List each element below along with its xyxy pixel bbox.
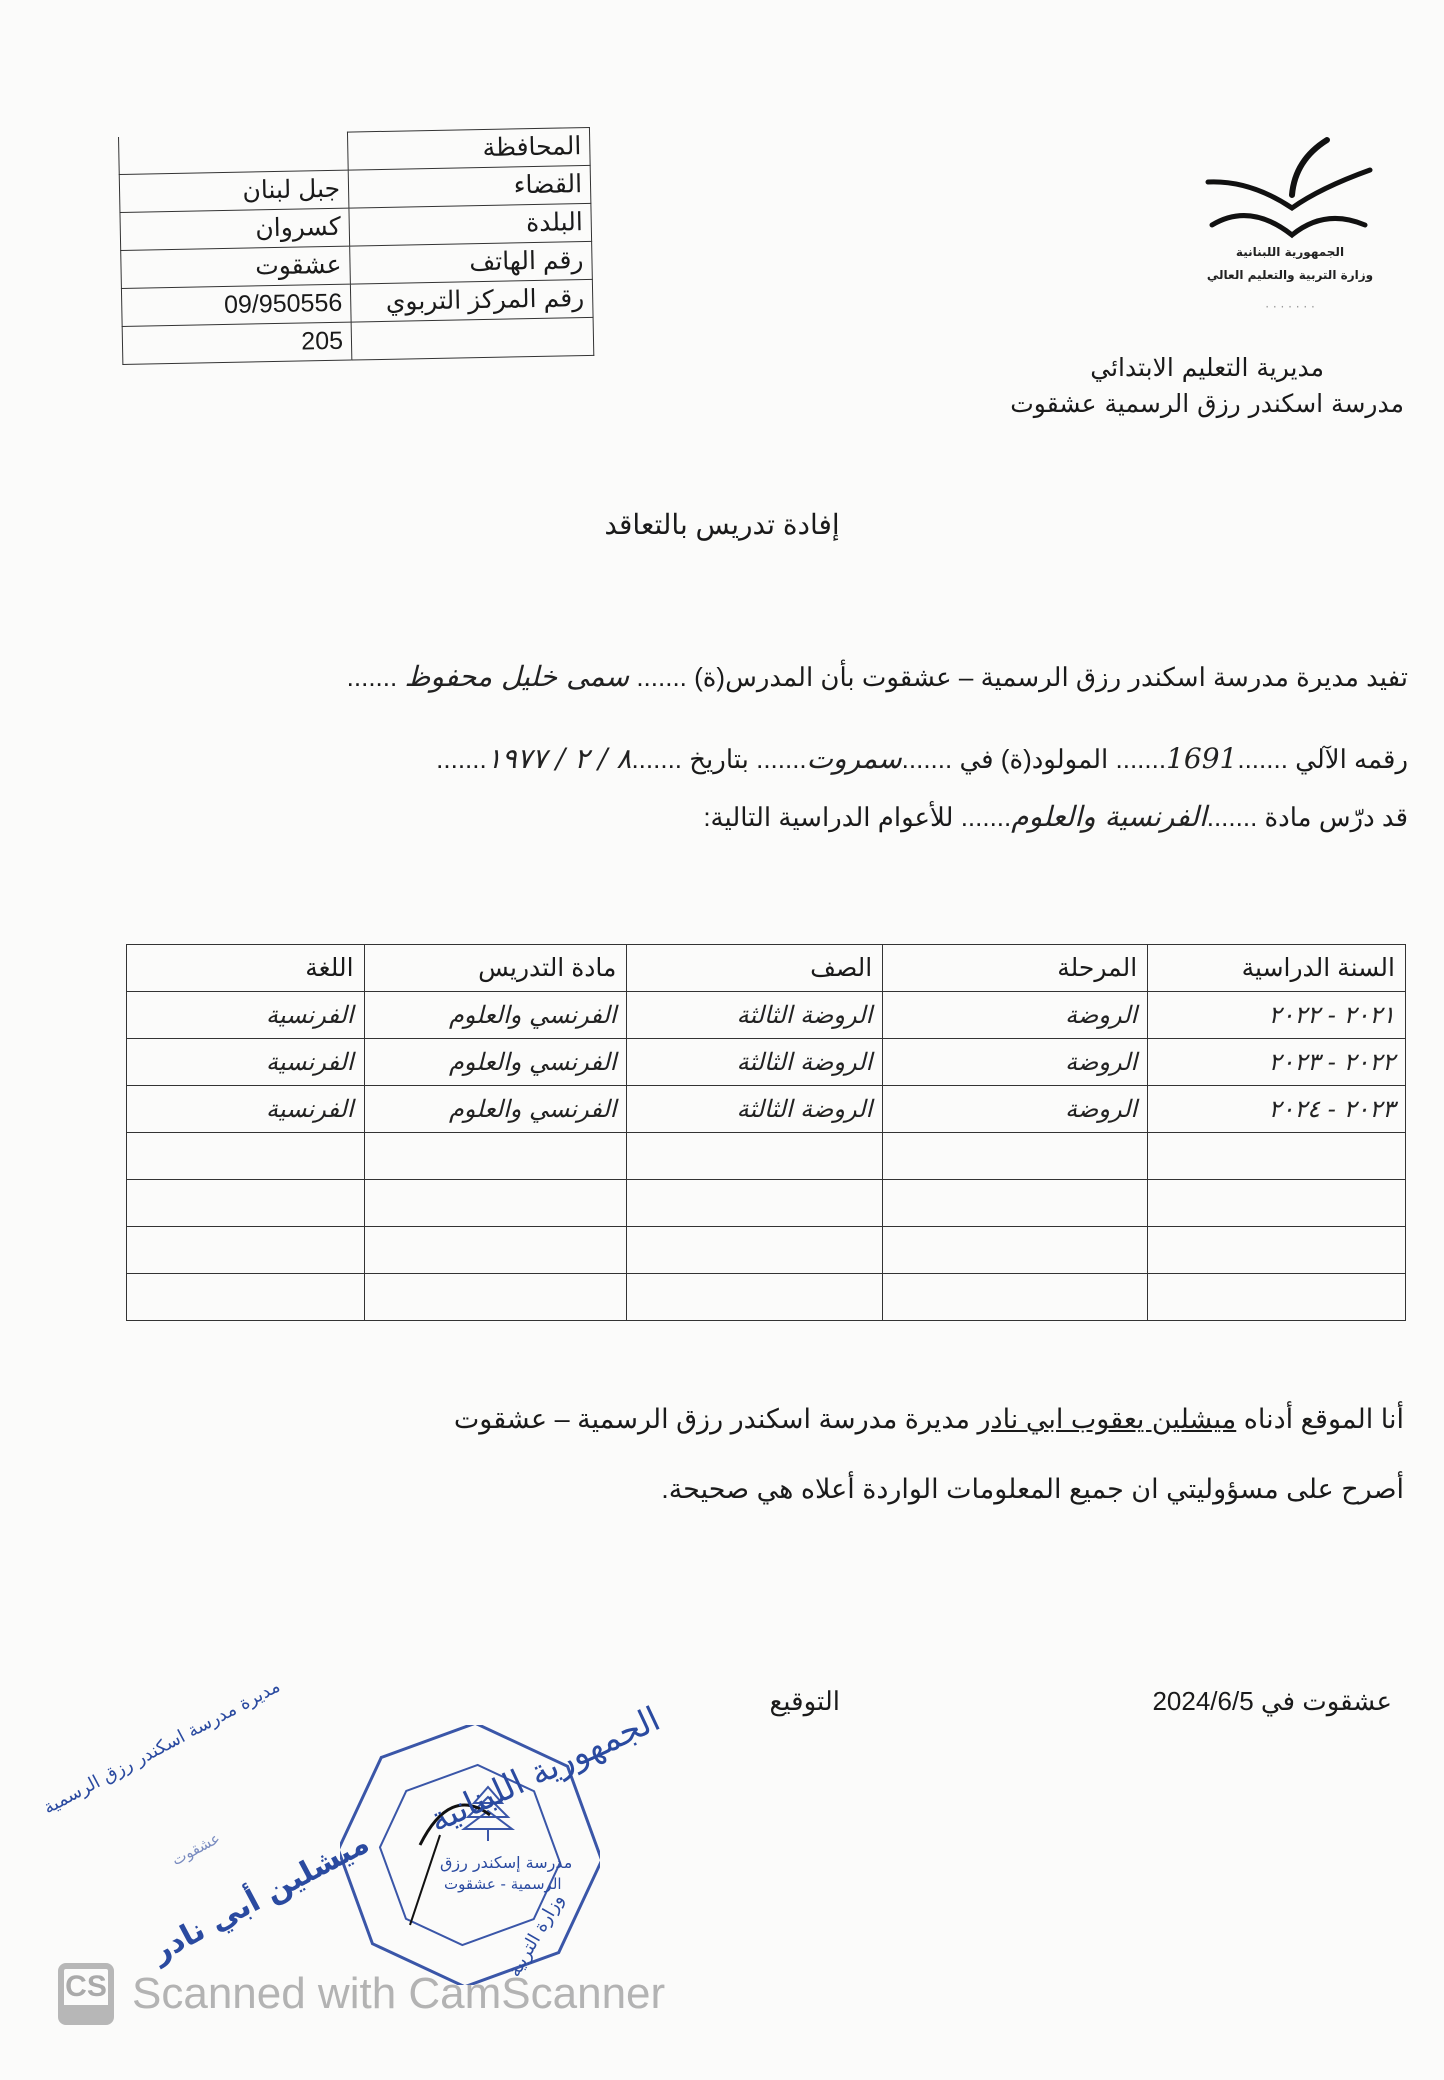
signature-label: التوقيع [769,1686,840,1717]
header-school-year: السنة الدراسية [1148,945,1406,992]
cell-stage: الروضة [883,1086,1148,1133]
declaration-line-2: أصرح على مسؤوليتي ان جميع المعلومات الوا… [661,1474,1404,1505]
issuer-header: مديرية التعليم الابتدائي مدرسة اسكندر رز… [1010,350,1404,422]
cell-empty [1148,1180,1406,1227]
official-stamp: الجمهورية اللبنانية مدرسة إسكندر رزق الر… [340,1725,600,1985]
info-value: 205 [122,322,352,364]
info-value: كسروان [120,208,350,250]
principal-name: ميشلين يعقوب ابي نادر [978,1404,1237,1434]
cell-language: الفرنسية [127,1039,365,1086]
table-header-row: السنة الدراسية المرحلة الصف مادة التدريس… [127,945,1406,992]
cell-empty [127,1227,365,1274]
body-line-2: رقمه الآلي .......1691....... المولود(ة)… [436,742,1408,775]
cell-subject: الفرنسي والعلوم [364,992,627,1039]
table-row: ٢٠٢١ - ٢٠٢٢ الروضة الروضة الثالثة الفرنس… [127,992,1406,1039]
dots: ....... [1237,744,1288,774]
header-stage: المرحلة [883,945,1148,992]
cell-empty [883,1274,1148,1321]
stamp-school-2: الرسمية - عشقوت [444,1875,562,1893]
declaration-line-1: أنا الموقع أدناه ميشلين يعقوب ابي نادر م… [454,1404,1404,1435]
republic-name: الجمهورية اللبنانية [1180,245,1400,259]
subject-label: قد درّس مادة [1265,802,1408,832]
document-title: إفادة تدريس بالتعاقد [0,508,1444,541]
cell-empty [883,1227,1148,1274]
table-row-empty [127,1227,1406,1274]
info-value: عشقوت [121,246,351,288]
table-row-empty [127,1274,1406,1321]
declaration-prefix: أنا الموقع أدناه [1244,1404,1404,1434]
dots: ....... [631,744,682,774]
cell-empty [627,1274,883,1321]
cell-empty [364,1274,627,1321]
watermark-text: Scanned with CamScanner [132,1969,665,2019]
cell-stage: الروضة [883,1039,1148,1086]
principal-stamp-line-2: عشقوت [169,1829,223,1869]
cell-empty [627,1133,883,1180]
dots: ....... [756,744,807,774]
cell-stage: الروضة [883,992,1148,1039]
cell-language: الفرنسية [127,1086,365,1133]
cell-empty [1148,1133,1406,1180]
info-value: 09/950556 [121,284,351,326]
cell-school-year: ٢٠٢٢ - ٢٠٢٣ [1148,1039,1406,1086]
cell-subject: الفرنسي والعلوم [364,1086,627,1133]
dots: ....... [1116,744,1167,774]
dots: ....... [902,744,953,774]
dots: ....... [961,802,1012,832]
camscanner-logo-icon: CS [58,1963,114,2025]
teacher-name: سمى خليل محفوظ [404,660,629,693]
logo-dots: · · · · · · · [1180,300,1400,314]
birthdate-label: بتاريخ [689,744,749,774]
info-label: القضاء [348,165,591,208]
birth-place: سمروت [807,742,902,775]
years-label: للأعوام الدراسية التالية: [703,802,953,832]
body-line-1: تفيد مديرة مدرسة اسكندر رزق الرسمية – عش… [347,660,1408,693]
info-value: جبل لبنان [119,170,349,212]
info-label: البلدة [349,203,592,246]
open-book-quill-icon [1200,130,1400,240]
subject-value: الفرنسية والعلوم [1011,800,1206,833]
cell-school-year: ٢٠٢١ - ٢٠٢٢ [1148,992,1406,1039]
header-class: الصف [627,945,883,992]
info-row: 205 [122,317,594,364]
school-name: مدرسة اسكندر رزق الرسمية عشقوت [1010,386,1404,422]
registry-number: 1691 [1166,742,1237,775]
cell-empty [1148,1227,1406,1274]
dots: ....... [347,662,398,692]
directorate-name: مديرية التعليم الابتدائي [1010,350,1404,386]
school-info-table: المحافظة القضاء جبل لبنان البلدة كسروان … [118,127,594,365]
cell-empty [364,1133,627,1180]
cell-subject: الفرنسي والعلوم [364,1039,627,1086]
teaching-years-table: السنة الدراسية المرحلة الصف مادة التدريس… [126,944,1406,1321]
header-subject: مادة التدريس [364,945,627,992]
table-row-empty [127,1180,1406,1227]
info-label [351,317,594,360]
info-value [119,132,349,174]
cell-empty [127,1274,365,1321]
declaration-suffix: مديرة مدرسة اسكندر رزق الرسمية – عشقوت [454,1404,970,1434]
header-language: اللغة [127,945,365,992]
table-row: ٢٠٢٢ - ٢٠٢٣ الروضة الروضة الثالثة الفرنس… [127,1039,1406,1086]
cell-class: الروضة الثالثة [627,1039,883,1086]
ministry-name: وزارة التربية والتعليم العالي [1180,268,1400,282]
table-row-empty [127,1133,1406,1180]
birthplace-label: المولود(ة) في [959,744,1108,774]
cell-school-year: ٢٠٢٣ - ٢٠٢٤ [1148,1086,1406,1133]
table-row: ٢٠٢٣ - ٢٠٢٤ الروضة الروضة الثالثة الفرنس… [127,1086,1406,1133]
cell-empty [364,1227,627,1274]
dots: ....... [436,744,487,774]
cell-empty [627,1227,883,1274]
ministry-logo [1200,130,1400,240]
principal-stamp-line-1: مديرة مدرسة اسكندر رزق الرسمية [40,1676,284,1819]
info-label: رقم الهاتف [350,241,593,284]
info-label: رقم المركز التربوي [350,279,593,322]
info-label: المحافظة [347,127,590,170]
cell-class: الروضة الثالثة [627,1086,883,1133]
dots: ....... [1207,802,1258,832]
birth-date: ٨ / ٢ / ١٩٧٧ [487,742,632,775]
body-line-3: قد درّس مادة .......الفرنسية والعلوم....… [703,800,1408,833]
cell-empty [127,1180,365,1227]
cell-empty [627,1180,883,1227]
camscanner-watermark: CS Scanned with CamScanner [58,1968,665,2020]
registry-label: رقمه الآلي [1295,744,1408,774]
cell-language: الفرنسية [127,992,365,1039]
cell-empty [1148,1274,1406,1321]
cell-class: الروضة الثالثة [627,992,883,1039]
stamp-school-1: مدرسة إسكندر رزق [440,1853,572,1872]
cell-empty [883,1133,1148,1180]
line1-prefix: تفيد مديرة مدرسة اسكندر رزق الرسمية – عش… [694,662,1408,692]
cell-empty [127,1133,365,1180]
cell-empty [883,1180,1148,1227]
cell-empty [364,1180,627,1227]
place-date: عشقوت في 2024/6/5 [1152,1686,1392,1717]
dots: ....... [636,662,687,692]
